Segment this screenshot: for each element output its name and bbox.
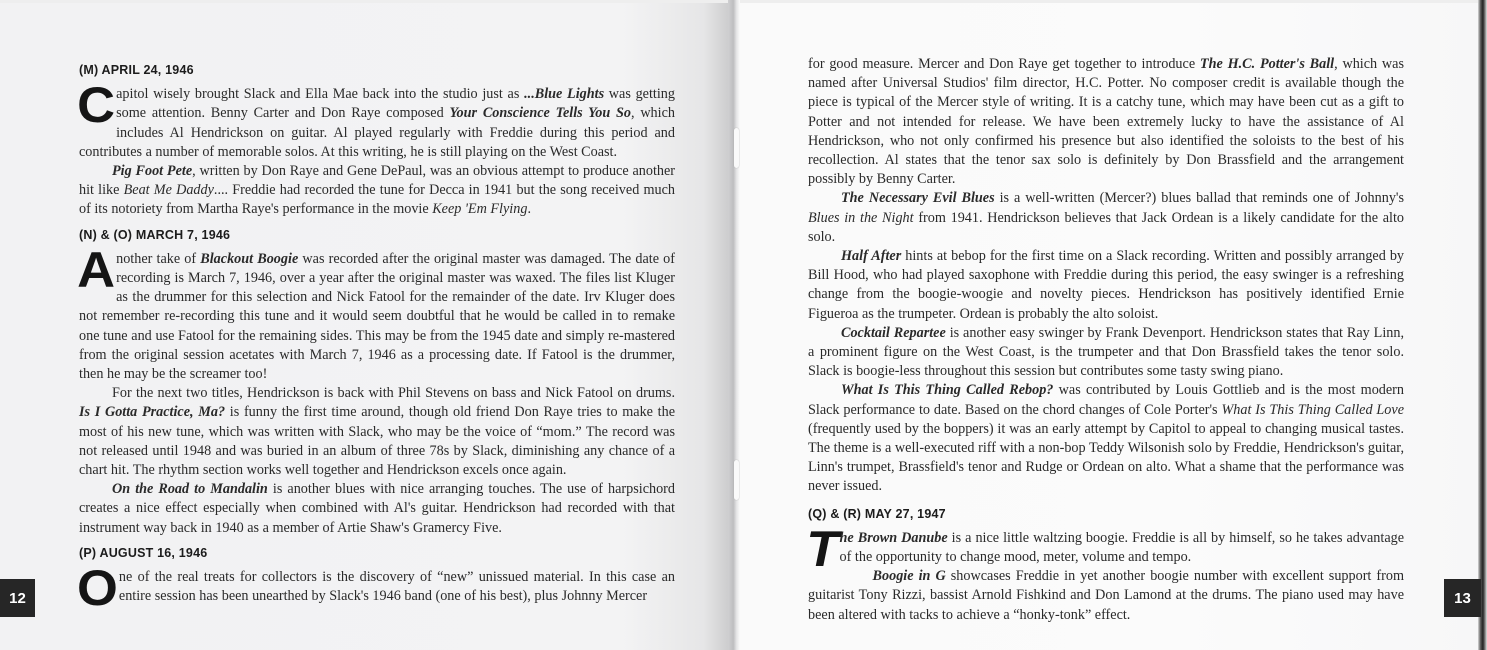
drop-cap: C: [77, 86, 115, 124]
page-number-left: 12: [0, 579, 35, 617]
song-title: Blues in the Night: [808, 210, 914, 226]
song-title: Half After: [841, 248, 901, 264]
paragraph: For the next two titles, Hendrickson is …: [79, 384, 675, 480]
song-title: The H.C. Potter's Ball: [1200, 56, 1334, 72]
binding-gutter: [728, 0, 740, 650]
section-heading-p: (P) AUGUST 16, 1946: [79, 544, 675, 563]
paragraph: Pig Foot Pete, written by Don Raye and G…: [79, 162, 675, 220]
paragraph: Capitol wisely brought Slack and Ella Ma…: [79, 85, 675, 162]
staple-top: [734, 128, 739, 168]
song-title: The Necessary Evil Blues: [841, 190, 995, 206]
left-page-text: (M) APRIL 24, 1946 Capitol wisely brough…: [79, 57, 675, 607]
drop-cap: T: [806, 530, 838, 568]
paragraph: What Is This Thing Called Rebop? was con…: [808, 381, 1404, 496]
song-title: Your Conscience Tells You So: [449, 105, 631, 121]
song-title: Blackout Boogie: [200, 251, 298, 267]
song-title: he Brown Danube: [840, 530, 948, 546]
page-number-right: 13: [1444, 579, 1481, 617]
paragraph: On the Road to Mandalin is another blues…: [79, 480, 675, 538]
paragraph: The Brown Danube is a nice little waltzi…: [808, 529, 1404, 567]
song-title: On the Road to Mandalin: [112, 481, 268, 497]
song-title: Is I Gotta Practice, Ma?: [79, 404, 225, 420]
paragraph: The Necessary Evil Blues is a well-writt…: [808, 189, 1404, 247]
song-title: Cocktail Repartee: [841, 325, 946, 341]
paragraph: Cocktail Repartee is another easy swinge…: [808, 324, 1404, 382]
drop-cap: O: [77, 569, 118, 607]
song-title: Beat Me Daddy: [124, 182, 214, 198]
song-title: Pig Foot Pete: [112, 163, 192, 179]
song-title: What Is This Thing Called Love: [1221, 402, 1404, 418]
song-title: ...Blue Lights: [524, 86, 604, 102]
song-title: Boogie in G: [873, 568, 946, 584]
song-title: What Is This Thing Called Rebop?: [841, 382, 1053, 398]
paragraph: Half After hints at bebop for the first …: [808, 247, 1404, 324]
paragraph: for good measure. Mercer and Don Raye ge…: [808, 55, 1404, 189]
booklet-spread: (M) APRIL 24, 1946 Capitol wisely brough…: [0, 0, 1487, 650]
right-page-text: for good measure. Mercer and Don Raye ge…: [808, 55, 1404, 625]
paragraph: Another take of Blackout Boogie was reco…: [79, 250, 675, 384]
drop-cap: A: [77, 251, 115, 289]
movie-title: Keep 'Em Flying: [432, 201, 527, 217]
page-edge-shadow: [1478, 0, 1487, 650]
staple-bottom: [734, 460, 739, 500]
paragraph: One of the real treats for collectors is…: [79, 568, 675, 606]
section-heading-q-r: (Q) & (R) MAY 27, 1947: [808, 505, 1404, 524]
section-heading-m: (M) APRIL 24, 1946: [79, 61, 675, 80]
section-heading-n-o: (N) & (O) MARCH 7, 1946: [79, 226, 675, 245]
paragraph: Boogie in G showcases Freddie in yet ano…: [808, 567, 1404, 625]
